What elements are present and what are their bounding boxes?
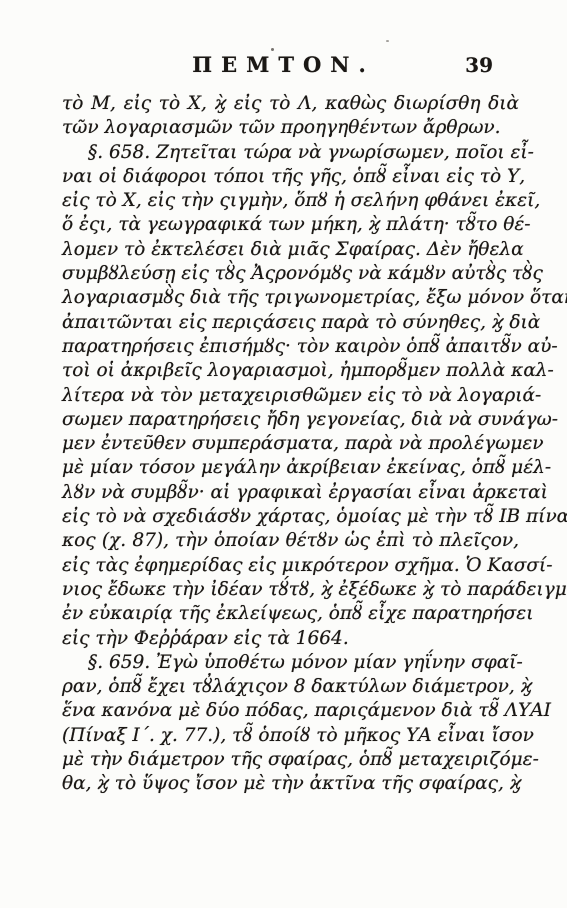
text-line: νιος ἔδωκε τὴν ἰδέαν τȣ́τȣ, ϗ̀ ἐξέδωκε ϗ… — [62, 578, 519, 602]
text-line: ἐν εὐκαιρίᾳ τῆς ἐκλείψεως, ὁπȣ̃ εἶχε παρ… — [62, 602, 519, 626]
running-title: ΠΕΜΤΟΝ. — [192, 52, 375, 77]
text-line: ὅ ἐςι, τὰ γεωγραφικά των μήκη, ϗ̀ πλάτη·… — [62, 213, 519, 237]
text-line: εἰς τὴν Φεῤῥάραν εἰς τὰ 1664. — [62, 627, 519, 651]
text-line: ἕνα κανόνα μὲ δύο πόδας, παριςάμενον διὰ… — [62, 699, 519, 723]
page-header: ΠΕΜΤΟΝ. 39 — [0, 52, 567, 82]
text-line: ἀπαιτῶνται εἰς περιςάσεις παρὰ τὸ σύνηθε… — [62, 311, 519, 335]
text-line: συμβȣλεύσῃ εἰς τȣ̀ς Ἀςρονόμȣς νὰ κάμȣν α… — [62, 262, 519, 286]
text-line: μὲ τὴν διάμετρον τῆς σφαίρας, ὁπȣ̃ μεταχ… — [62, 748, 519, 772]
book-page: ΠΕΜΤΟΝ. 39 τὸ Μ, εἰς τὸ Χ, ϗ̀ εἰς τὸ Λ, … — [0, 0, 567, 908]
text-line: κος (χ. 87), τὴν ὁποίαν θέτȣν ὡς ἐπὶ τὸ … — [62, 529, 519, 553]
text-line: λομεν τὸ ἐκτελέσει διὰ μιᾶς Σφαίρας. Δὲν… — [62, 238, 519, 262]
text-line: §. 658. Ζητεῖται τώρα νὰ γνωρίσωμεν, ποῖ… — [62, 141, 519, 165]
text-line: εἰς τὸ Χ, εἰς τὴν ςιγμὴν, ὅπȣ ἡ σελήνη φ… — [62, 189, 519, 213]
body-text: τὸ Μ, εἰς τὸ Χ, ϗ̀ εἰς τὸ Λ, καθὼς διωρί… — [62, 92, 519, 797]
text-line: ναι οἱ διάφοροι τόποι τῆς γῆς, ὁπȣ̃ εἶνα… — [62, 165, 519, 189]
text-line: εἰς τὰς ἐφημερίδας εἰς μικρότερον σχῆμα.… — [62, 554, 519, 578]
text-line: λȣν νὰ συμβȣ̃ν· αἱ γραφικαὶ ἐργασίαι εἶν… — [62, 481, 519, 505]
text-line: εἰς τὸ νὰ σχεδιάσȣν χάρτας, ὁμοίας μὲ τὴ… — [62, 505, 519, 529]
text-line: τὸ Μ, εἰς τὸ Χ, ϗ̀ εἰς τὸ Λ, καθὼς διωρί… — [62, 92, 519, 116]
text-line: §. 659. Ἐγὼ ὑποθέτω μόνον μίαν γηΐνην σφ… — [62, 651, 519, 675]
page-number: 39 — [465, 53, 493, 77]
text-line: λογαριασμȣ̀ς διὰ τῆς τριγωνομετρίας, ἔξω… — [62, 286, 519, 310]
text-line: θα, ϗ̀ τὸ ὕψος ἴσον μὲ τὴν ἀκτῖνα τῆς σφ… — [62, 772, 519, 796]
text-line: (Πίναξ Ι´. χ. 77.), τȣ̃ ὁποίȣ τὸ μῆκος Υ… — [62, 724, 519, 748]
text-line: μὲ μίαν τόσον μεγάλην ἀκρίβειαν ἐκείνας,… — [62, 456, 519, 480]
text-line: παρατηρήσεις ἐπισήμȣς· τὸν καιρὸν ὁπȣ̃ ἀ… — [62, 335, 519, 359]
text-line: σωμεν παρατηρήσεις ἤδη γεγονείας, διὰ νὰ… — [62, 408, 519, 432]
ink-speck — [386, 40, 389, 42]
text-line: ραν, ὁπȣ̃ ἔχει τȣ̓λάχιςον 8 δακτύλων διά… — [62, 675, 519, 699]
text-line: τῶν λογαριασμῶν τῶν προηγηθέντων ἄρθρων. — [62, 116, 519, 140]
ink-speck — [271, 48, 274, 51]
text-line: λίτερα νὰ τὸν μεταχειρισθῶμεν εἰς τὸ νὰ … — [62, 384, 519, 408]
text-line: μεν ἐντεῦθεν συμπεράσματα, παρὰ νὰ προλέ… — [62, 432, 519, 456]
text-line: τοὶ οἱ ἀκριβεῖς λογαριασμοὶ, ἠμπορȣ̃μεν … — [62, 359, 519, 383]
